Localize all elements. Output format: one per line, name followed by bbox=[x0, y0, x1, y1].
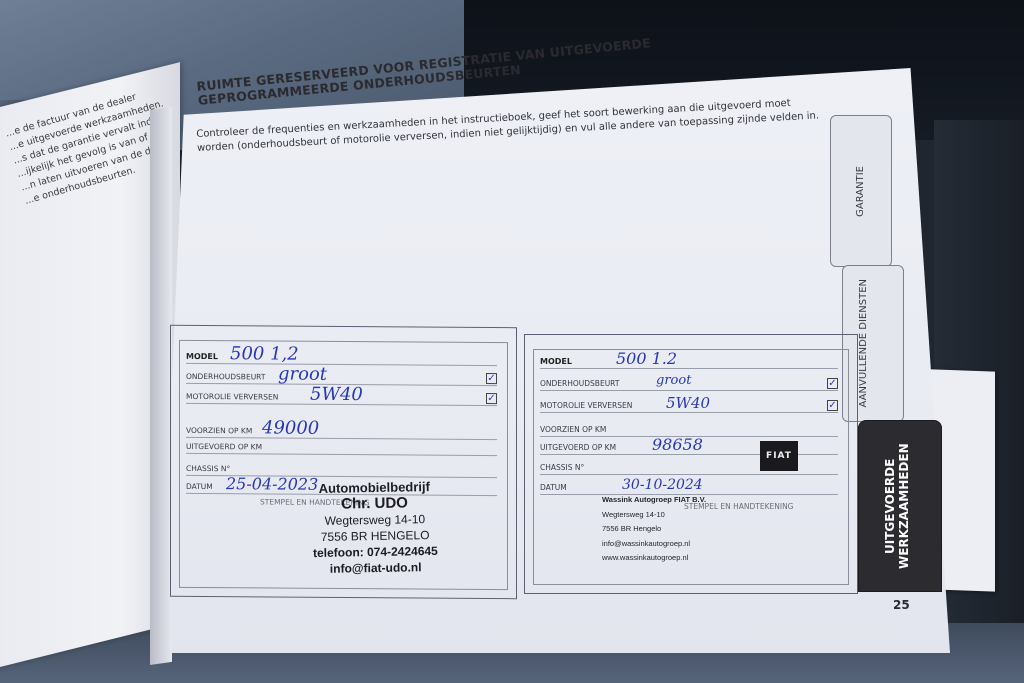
checkbox-onderhoudsbeurt[interactable]: ✓ bbox=[827, 378, 838, 389]
field-model: MODEL 500 1.2 bbox=[540, 352, 838, 369]
dealer-stamp-udo: Automobielbedrijf Chr. UDO Wegtersweg 14… bbox=[289, 479, 461, 578]
field-onderhoudsbeurt: ONDERHOUDSBEURT groot ✓ bbox=[540, 374, 838, 391]
dealer-stamp-wassink: Wassink Autogroep FIAT B.V. Wegtersweg 1… bbox=[602, 493, 802, 566]
checkbox-motorolie[interactable]: ✓ bbox=[486, 393, 497, 404]
field-motorolie: MOTOROLIE VERVERSEN 5W40 ✓ bbox=[186, 387, 497, 406]
checkbox-onderhoudsbeurt[interactable]: ✓ bbox=[486, 373, 497, 384]
page-gutter bbox=[150, 107, 172, 665]
service-booklet: ...e de factuur van de dealer ...e uitge… bbox=[0, 0, 1024, 683]
tab-garantie[interactable]: GARANTIE bbox=[830, 115, 892, 267]
field-motorolie: MOTOROLIE VERVERSEN 5W40 ✓ bbox=[540, 396, 838, 413]
checkbox-motorolie[interactable]: ✓ bbox=[827, 400, 838, 411]
page-number: 25 bbox=[893, 598, 910, 612]
field-model: MODEL 500 1,2 bbox=[186, 347, 497, 366]
fiat-logo-stamp: FIAT bbox=[760, 441, 798, 471]
tab-uitgevoerde-werkzaamheden[interactable]: UITGEVOERDE WERKZAAMHEDEN bbox=[858, 420, 942, 592]
field-uitgevoerd-km: UITGEVOERD OP km bbox=[186, 437, 497, 456]
